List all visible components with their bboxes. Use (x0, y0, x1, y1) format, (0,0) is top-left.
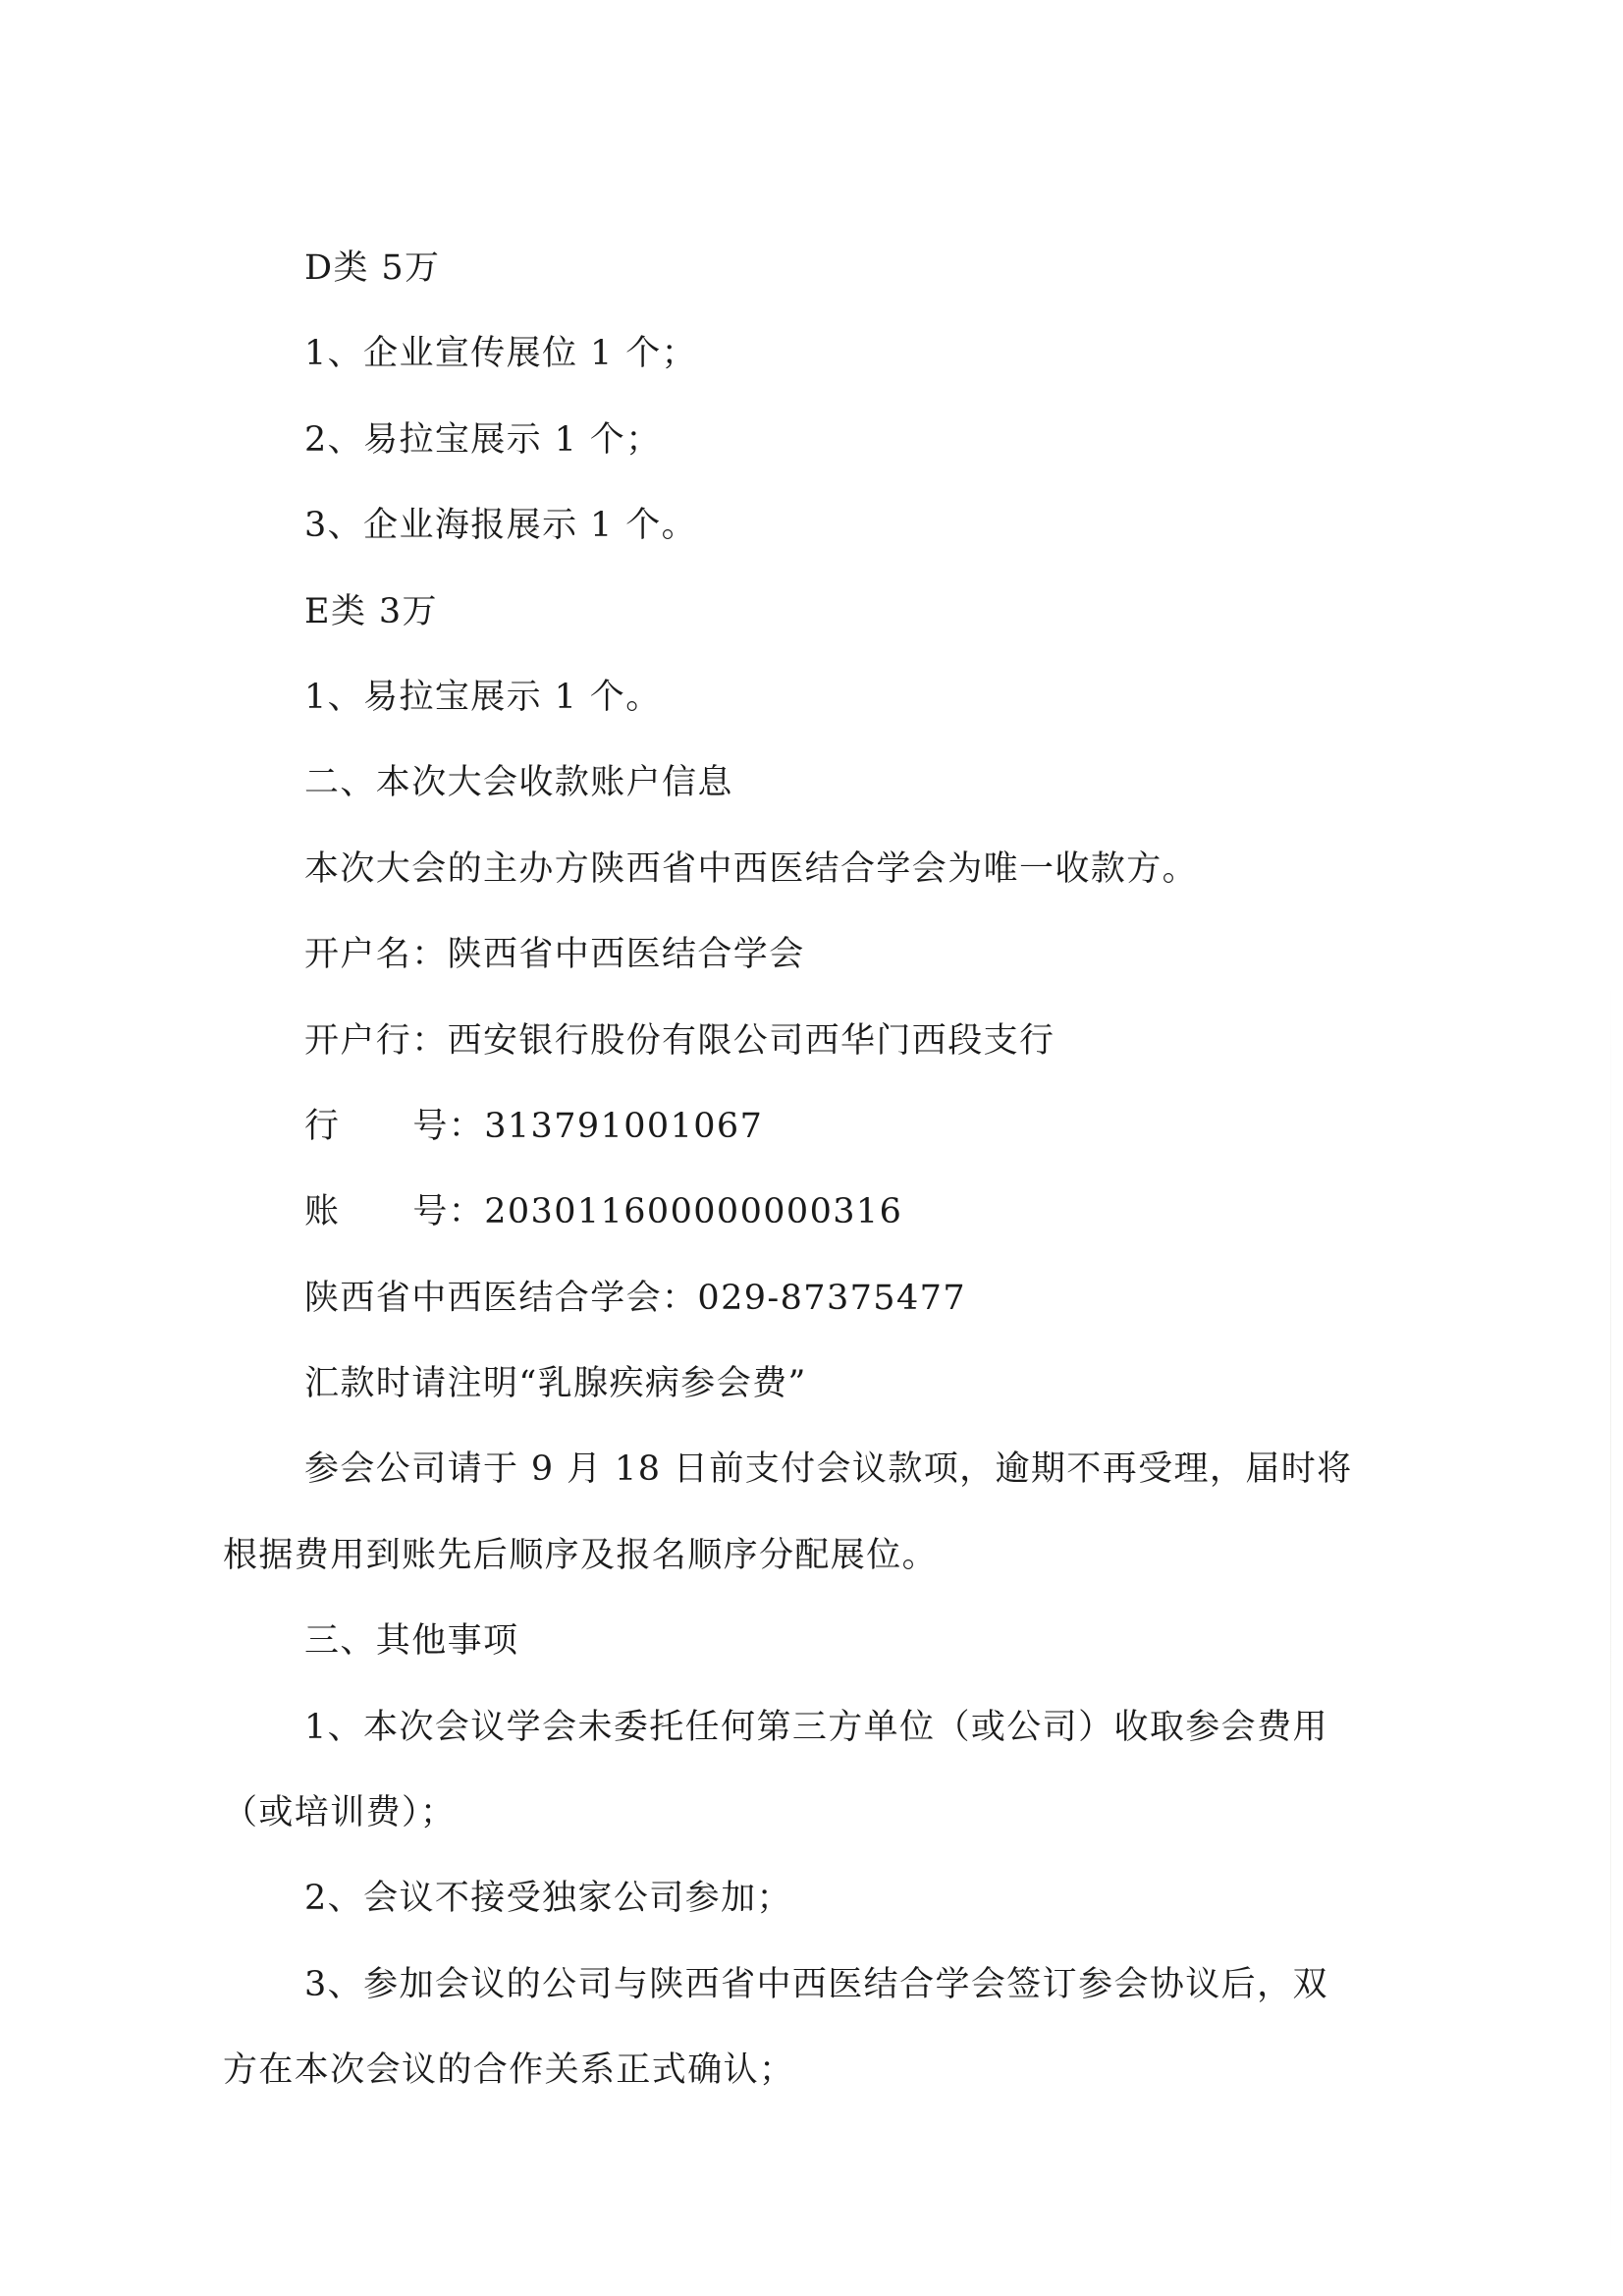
bank-row: 开户行：西安银行股份有限公司西华门西段支行 (223, 1015, 1381, 1101)
section-2-intro: 本次大会的主办方陕西省中西医结合学会为唯一收款方。 (223, 844, 1381, 929)
account-number-value: 203011600000000316 (484, 1192, 902, 1231)
phone-label: 陕西省中西医结合学会： (304, 1279, 697, 1318)
tier-e-item-1: 1、易拉宝展示 1 个。 (223, 672, 1381, 757)
section-3-item-2: 2、会议不接受独家公司参加； (223, 1873, 1381, 1958)
phone-value: 029-87375477 (697, 1279, 966, 1318)
bank-code-label-2: 号： (412, 1107, 484, 1146)
tier-d-item-3: 3、企业海报展示 1 个。 (223, 500, 1381, 585)
bank-code-row: 行号：313791001067 (223, 1101, 1381, 1186)
bank-code-label-1: 行 (304, 1107, 340, 1146)
document-body: D类 5万 1、企业宣传展位 1 个； 2、易拉宝展示 1 个； 3、企业海报展… (223, 243, 1381, 2131)
scan-edge-artifact (1610, 982, 1611, 2259)
deadline-paragraph-line-2: 根据费用到账先后顺序及报名顺序分配展位。 (223, 1530, 1381, 1615)
account-number-label-2: 号： (412, 1192, 484, 1231)
tier-d-item-2: 2、易拉宝展示 1 个； (223, 414, 1381, 500)
account-number-label-1: 账 (304, 1192, 340, 1231)
phone-row: 陕西省中西医结合学会：029-87375477 (223, 1273, 1381, 1358)
section-3-item-1-line-2: （或培训费）； (223, 1787, 1381, 1873)
section-3-item-3-line-1: 3、参加会议的公司与陕西省中西医结合学会签订参会协议后，双 (223, 1959, 1381, 2045)
tier-e-heading: E类 3万 (223, 586, 1381, 672)
tier-d-item-1: 1、企业宣传展位 1 个； (223, 328, 1381, 413)
bank-value: 西安银行股份有限公司西华门西段支行 (448, 1021, 1055, 1061)
account-name-row: 开户名：陕西省中西医结合学会 (223, 929, 1381, 1014)
bank-label: 开户行： (304, 1021, 448, 1061)
account-name-value: 陕西省中西医结合学会 (448, 935, 805, 974)
bank-code-value: 313791001067 (484, 1107, 763, 1146)
section-3-item-1-line-1: 1、本次会议学会未委托任何第三方单位（或公司）收取参会费用 (223, 1702, 1381, 1787)
deadline-paragraph-line-1: 参会公司请于 9 月 18 日前支付会议款项，逾期不再受理，届时将 (223, 1444, 1381, 1529)
tier-d-heading: D类 5万 (223, 243, 1381, 328)
account-number-row: 账号：203011600000000316 (223, 1186, 1381, 1272)
section-3-heading: 三、其他事项 (223, 1615, 1381, 1701)
section-2-heading: 二、本次大会收款账户信息 (223, 757, 1381, 843)
document-page: D类 5万 1、企业宣传展位 1 个； 2、易拉宝展示 1 个； 3、企业海报展… (0, 0, 1623, 2296)
account-name-label: 开户名： (304, 935, 448, 974)
remittance-note: 汇款时请注明“乳腺疾病参会费” (223, 1358, 1381, 1444)
section-3-item-3-line-2: 方在本次会议的合作关系正式确认； (223, 2045, 1381, 2130)
